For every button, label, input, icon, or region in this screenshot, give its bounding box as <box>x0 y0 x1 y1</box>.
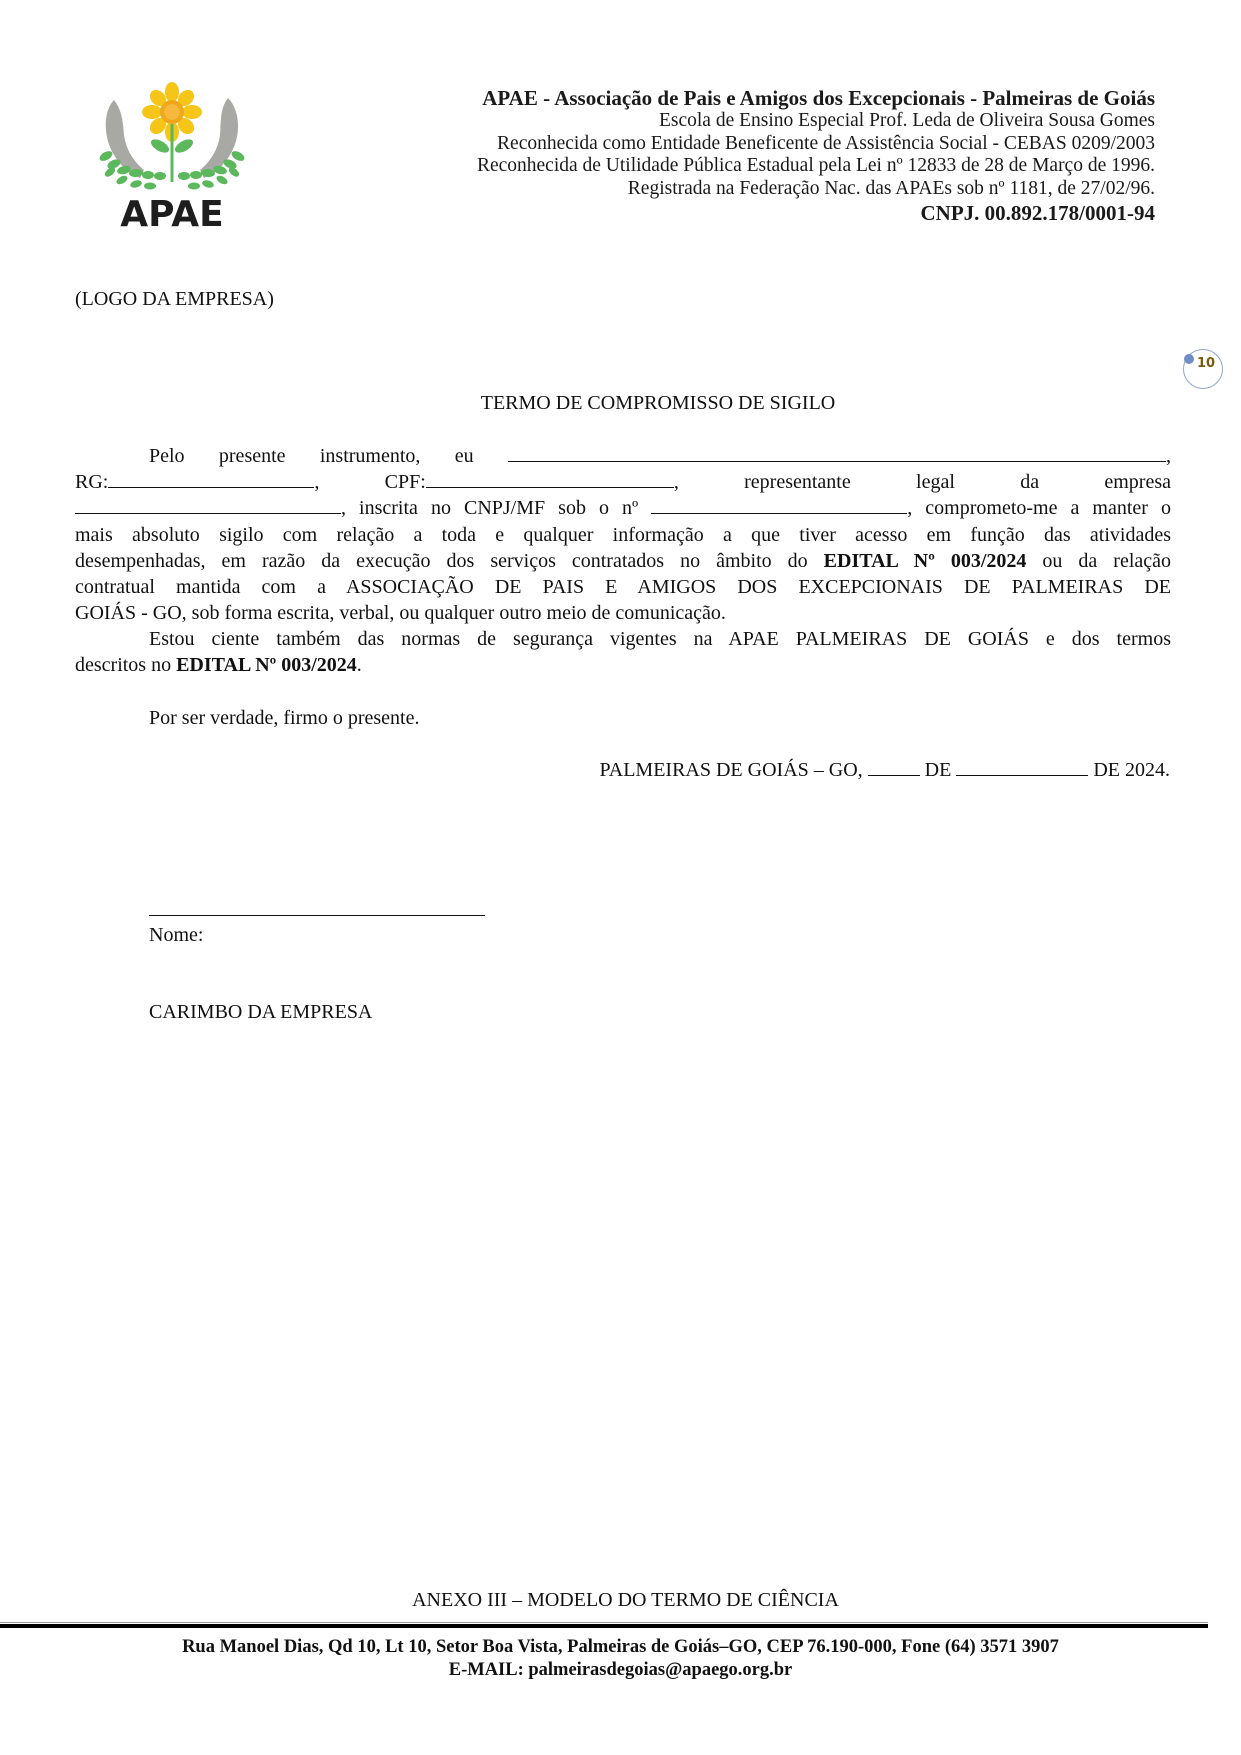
month-blank-field[interactable] <box>956 757 1088 776</box>
company-blank-field[interactable] <box>75 495 341 514</box>
paragraph-commitment: Pelo presente instrumento, eu , RG:, CPF… <box>75 443 1171 626</box>
institution-header: APAE - Associação de Pais e Amigos dos E… <box>270 86 1155 226</box>
para2-line1: Estou ciente também das normas de segura… <box>75 626 1171 652</box>
apae-logo: APAE <box>92 80 252 230</box>
para2-line2: descritos no EDITAL Nº 003/2024. <box>75 652 1171 678</box>
document-title: TERMO DE COMPROMISSO DE SIGILO <box>0 390 1241 416</box>
footer: Rua Manoel Dias, Qd 10, Lt 10, Setor Boa… <box>0 1636 1241 1682</box>
footer-divider <box>0 1624 1208 1628</box>
document-title-text: TERMO DE COMPROMISSO DE SIGILO <box>481 390 835 416</box>
para1-line1: Pelo presente instrumento, eu , <box>75 443 1171 469</box>
company-logo-placeholder: (LOGO DA EMPRESA) <box>75 286 274 312</box>
para1-line5: desempenhadas, em razão da execução dos … <box>75 548 1171 574</box>
footer-address: Rua Manoel Dias, Qd 10, Lt 10, Setor Boa… <box>0 1636 1241 1659</box>
footer-email: E-MAIL: palmeirasdegoias@apaego.org.br <box>0 1659 1241 1682</box>
page-number-badge[interactable]: 10 <box>1183 349 1223 389</box>
cpf-blank-field[interactable] <box>426 469 674 488</box>
federation-registration: Registrada na Federação Nac. das APAEs s… <box>270 178 1155 201</box>
closing-statement: Por ser verdade, firmo o presente. <box>149 705 419 731</box>
para1-line6: contratual mantida com a ASSOCIAÇÃO DE P… <box>75 574 1171 600</box>
name-blank-field[interactable] <box>508 443 1166 462</box>
footer-divider-shadow <box>0 1622 1208 1623</box>
company-stamp-label: CARIMBO DA EMPRESA <box>149 999 372 1025</box>
paragraph-awareness: Estou ciente também das normas de segura… <box>75 626 1171 678</box>
date-line: PALMEIRAS DE GOIÁS – GO, DE DE 2024. <box>599 757 1170 783</box>
public-utility-law: Reconhecida de Utilidade Pública Estadua… <box>270 155 1155 178</box>
svg-text:APAE: APAE <box>120 194 223 230</box>
para1-line3: , inscrita no CNPJ/MF sob o nº , comprom… <box>75 495 1171 521</box>
cebas-registration: Reconhecida como Entidade Beneficente de… <box>270 133 1155 156</box>
institution-name: APAE - Associação de Pais e Amigos dos E… <box>270 86 1155 110</box>
annex-title: ANEXO III – MODELO DO TERMO DE CIÊNCIA <box>0 1587 1241 1613</box>
page-number: 10 <box>1193 356 1219 371</box>
para1-line2: RG:, CPF:, representante legal da empres… <box>75 469 1171 495</box>
apae-flower-hands-icon: APAE <box>92 80 252 230</box>
signature-name-label: Nome: <box>149 922 203 948</box>
cnpj-blank-field[interactable] <box>651 495 907 514</box>
para1-line7: GOIÁS - GO, sob forma escrita, verbal, o… <box>75 600 1171 626</box>
para1-line4: mais absoluto sigilo com relação a toda … <box>75 522 1171 548</box>
school-name: Escola de Ensino Especial Prof. Leda de … <box>270 110 1155 133</box>
day-blank-field[interactable] <box>868 757 920 776</box>
signature-line[interactable] <box>149 915 485 916</box>
cnpj: CNPJ. 00.892.178/0001-94 <box>270 200 1155 226</box>
rg-blank-field[interactable] <box>108 469 314 488</box>
